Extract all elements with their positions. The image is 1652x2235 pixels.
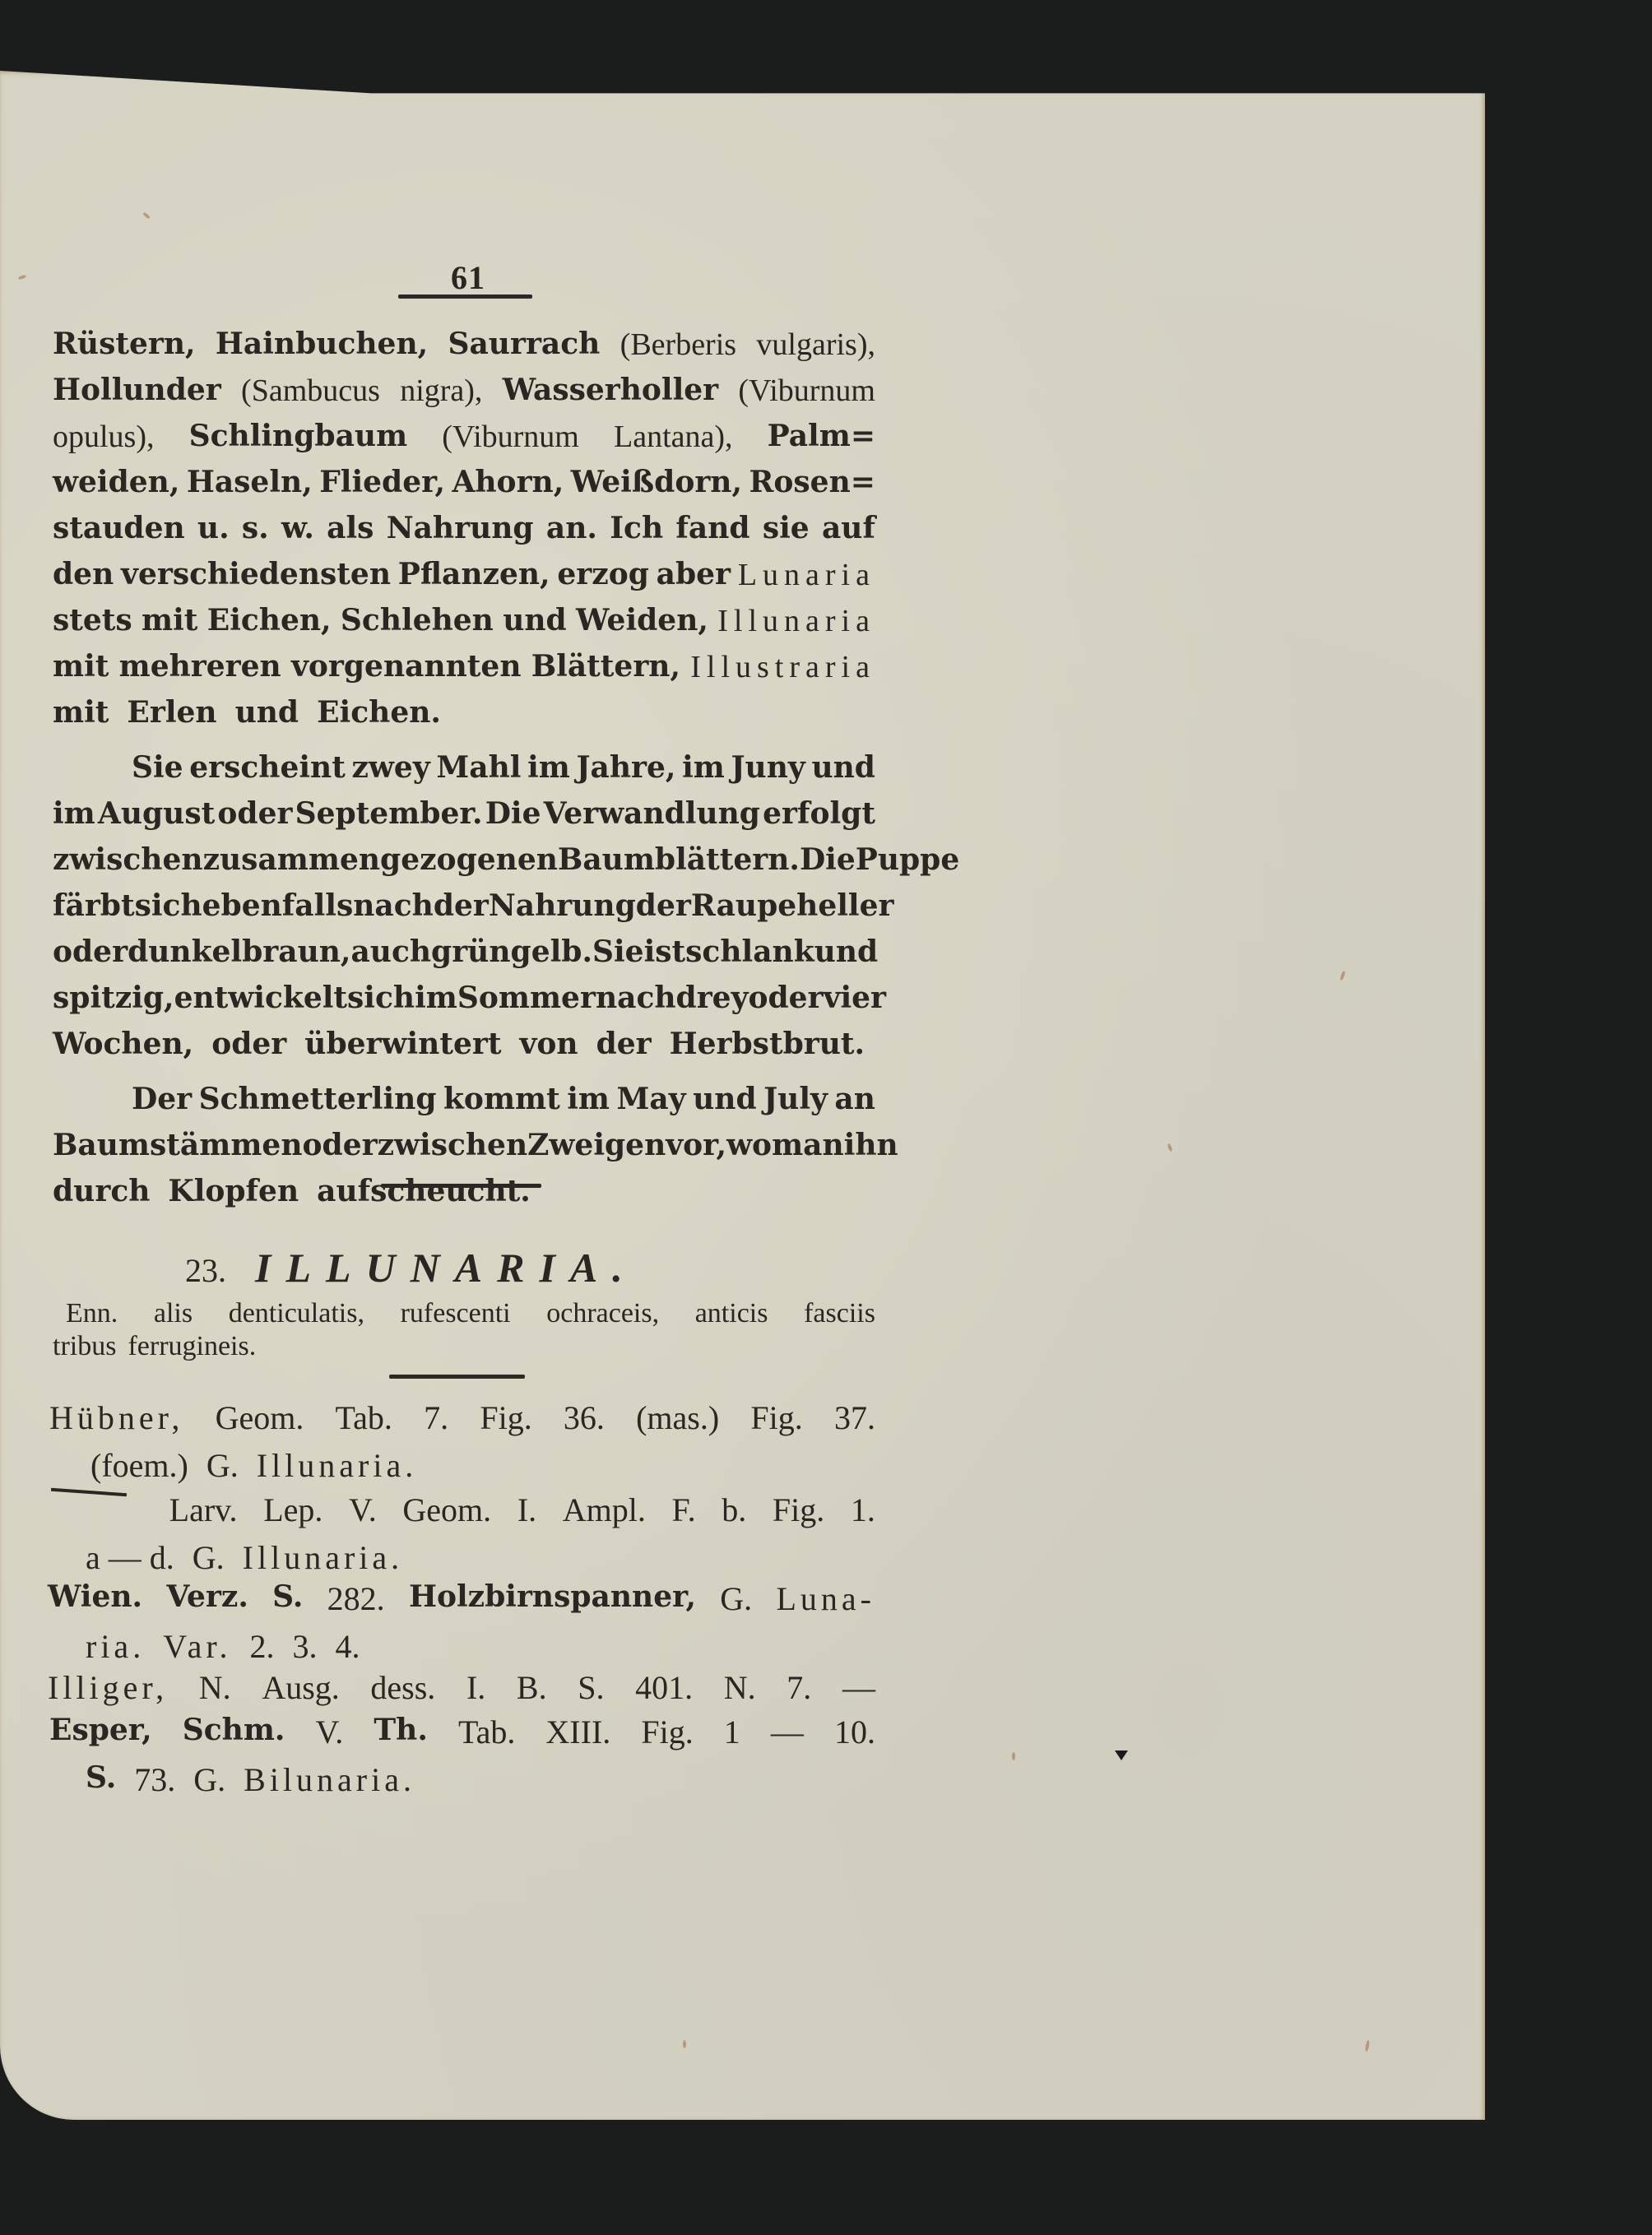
paper-speck (1339, 971, 1346, 981)
text-line: Baumstämmen oder zwischen Zweigen vor, w… (53, 1130, 875, 1160)
text-line: oder dunkelbraun, auch grüngelb. Sie ist… (53, 937, 875, 967)
text-line: opulus), Schlingbaum (Viburnum Lantana),… (53, 421, 875, 452)
text-line: weiden, Haseln, Flieder, Ahorn, Weißdorn… (53, 467, 875, 497)
header-rule (398, 294, 532, 299)
reference-line: Larv. Lep. V. Geom. I. Ampl. F. b. Fig. … (51, 1491, 875, 1529)
text-line: stauden u. s. w. als Nahrung an. Ich fan… (53, 513, 875, 543)
text-line: durch Klopfen aufscheucht. (53, 1176, 875, 1206)
page-content: 61 Rüstern, Hainbuchen, Saurrach (Berber… (0, 0, 1485, 2235)
paper-speck (683, 2040, 686, 2048)
text-line: Der Schmetterling kommt im May und July … (132, 1084, 875, 1114)
text-line: im August oder September. Die Verwandlun… (53, 799, 875, 828)
text-line: spitzig, entwickelt sich im Sommer nach … (53, 983, 875, 1013)
paper-speck (1365, 2040, 1370, 2052)
paper-hole (1115, 1750, 1128, 1760)
reference-line: Esper, Schm. V. Th. Tab. XIII. Fig. 1 — … (49, 1713, 875, 1751)
reference-line: S. 73. G. Bilunaria. (86, 1760, 434, 1799)
text-line: den verschiedensten Pflanzen, erzog aber… (53, 559, 875, 591)
reference-line: Illiger, N. Ausg. dess. I. B. S. 401. N.… (48, 1668, 875, 1707)
text-line: mit mehreren vorgenannten Blättern, Illu… (53, 651, 875, 683)
text-line: färbt sich ebenfalls nach der Nahrung de… (53, 891, 875, 920)
text-line: Hollunder (Sambucus nigra), Wasserholler… (53, 375, 875, 406)
reference-line: a — d. G. Illunaria. (86, 1538, 421, 1577)
paper-speck (1012, 1752, 1015, 1760)
text-line: Wochen, oder überwintert von der Herbstb… (53, 1029, 875, 1059)
reference-line: Wien. Verz. S. 282. Holzbirnspanner, G. … (48, 1579, 875, 1618)
paper-speck (18, 274, 27, 280)
species-heading: 23. ILLUNARIA. (185, 1244, 638, 1291)
reference-line: Hübner, Geom. Tab. 7. Fig. 36. (mas.) Fi… (49, 1398, 875, 1437)
text-line: mit Erlen und Eichen. (53, 698, 875, 727)
ditto-dash (51, 1488, 127, 1496)
description-line: tribus ferrugineis. (53, 1331, 875, 1362)
page-number: 61 (451, 258, 485, 297)
references-divider-rule (389, 1375, 525, 1379)
text-line: zwischen zusammengezogenen Baumblättern.… (53, 845, 875, 874)
text-line: Sie erscheint zwey Mahl im Jahre, im Jun… (132, 753, 875, 782)
reference-line: (foem.) G. Illunaria. (90, 1446, 435, 1485)
description-line: Enn. alis denticulatis, rufescenti ochra… (66, 1298, 875, 1329)
paper-speck (1167, 1143, 1172, 1152)
text-line: stets mit Eichen, Schlehen und Weiden, I… (53, 605, 875, 637)
species-name: ILLUNARIA. (255, 1245, 638, 1291)
species-number: 23. (185, 1252, 226, 1289)
paper-speck (142, 211, 151, 219)
section-divider-rule (381, 1184, 541, 1188)
reference-line: ria. Var. 2. 3. 4. (86, 1627, 378, 1666)
scanned-page-viewport: 61 Rüstern, Hainbuchen, Saurrach (Berber… (0, 0, 1652, 2235)
text-line: Rüstern, Hainbuchen, Saurrach (Berberis … (53, 329, 875, 360)
